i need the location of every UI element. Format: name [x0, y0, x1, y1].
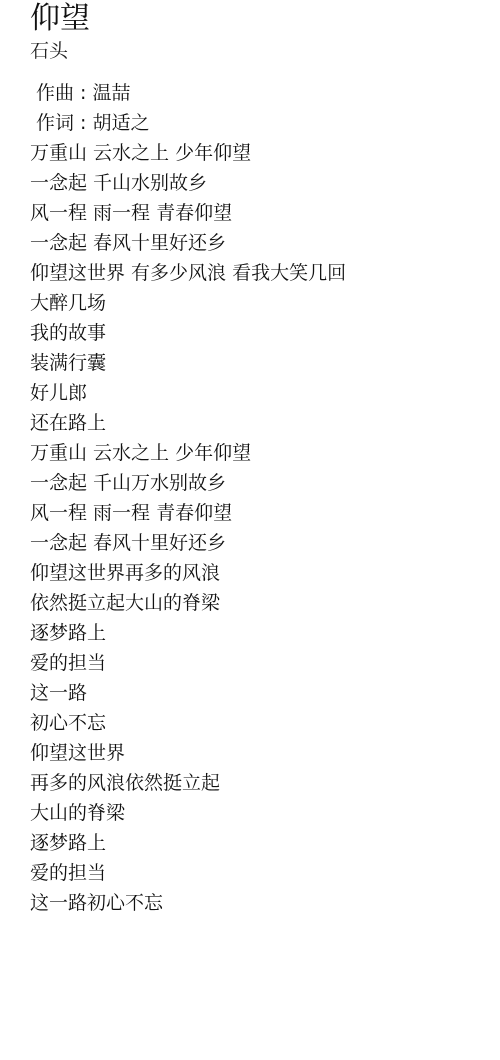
lyric-line: 初心不忘: [30, 708, 500, 738]
song-title: 仰望: [30, 0, 500, 37]
composer-credit: 作曲 : 温喆: [30, 78, 500, 108]
lyric-line: 仰望这世界再多的风浪: [30, 558, 500, 588]
lyrics-body: 万重山 云水之上 少年仰望 一念起 千山水别故乡 风一程 雨一程 青春仰望 一念…: [30, 138, 500, 918]
credits: 作曲 : 温喆 作词 : 胡适之: [30, 78, 500, 138]
lyric-line: 这一路: [30, 678, 500, 708]
lyric-line: 装满行囊: [30, 348, 500, 378]
lyric-line: 这一路初心不忘: [30, 888, 500, 918]
artist-name: 石头: [30, 39, 500, 63]
lyric-line: 一念起 千山万水别故乡: [30, 468, 500, 498]
lyric-line: 爱的担当: [30, 858, 500, 888]
lyric-line: 逐梦路上: [30, 828, 500, 858]
lyric-line: 大醉几场: [30, 288, 500, 318]
lyric-line: 还在路上: [30, 408, 500, 438]
lyricist-credit: 作词 : 胡适之: [30, 108, 500, 138]
lyric-line: 万重山 云水之上 少年仰望: [30, 138, 500, 168]
lyric-line: 一念起 春风十里好还乡: [30, 528, 500, 558]
lyric-line: 逐梦路上: [30, 618, 500, 648]
lyric-line: 风一程 雨一程 青春仰望: [30, 498, 500, 528]
lyric-line: 风一程 雨一程 青春仰望: [30, 198, 500, 228]
lyric-line: 好儿郎: [30, 378, 500, 408]
lyric-line: 爱的担当: [30, 648, 500, 678]
lyrics-page: 仰望 石头 作曲 : 温喆 作词 : 胡适之 万重山 云水之上 少年仰望 一念起…: [0, 0, 500, 918]
lyric-line: 万重山 云水之上 少年仰望: [30, 438, 500, 468]
lyric-line: 仰望这世界 有多少风浪 看我大笑几回: [30, 258, 500, 288]
lyric-line: 一念起 春风十里好还乡: [30, 228, 500, 258]
lyric-line: 再多的风浪依然挺立起: [30, 768, 500, 798]
lyric-line: 依然挺立起大山的脊梁: [30, 588, 500, 618]
lyric-line: 一念起 千山水别故乡: [30, 168, 500, 198]
lyric-line: 大山的脊梁: [30, 798, 500, 828]
lyric-line: 我的故事: [30, 318, 500, 348]
lyric-line: 仰望这世界: [30, 738, 500, 768]
